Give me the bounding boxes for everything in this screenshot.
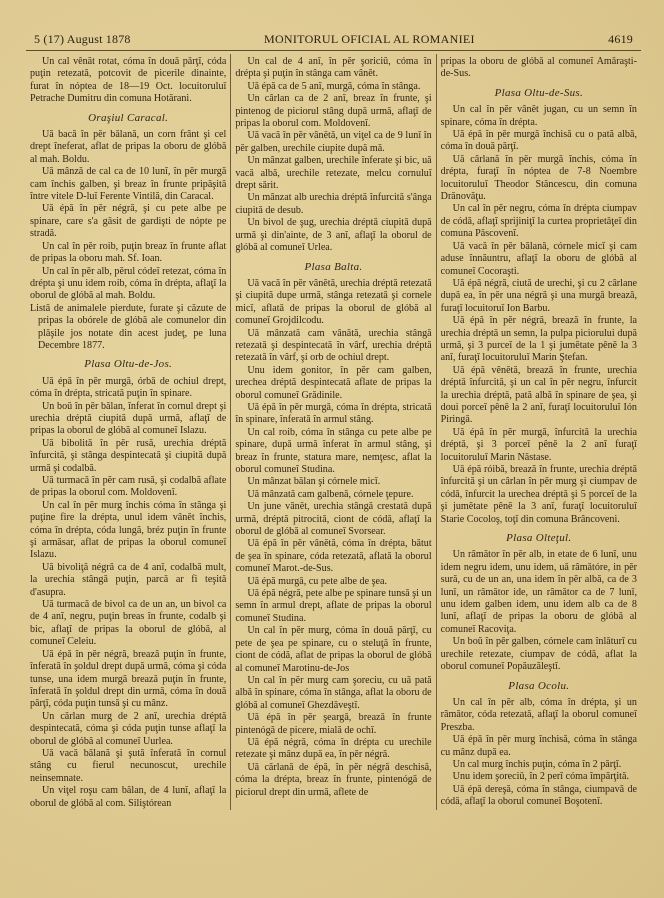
column-3: pripas la oboru de glóbă al comuneĭ Amăr…: [436, 54, 641, 810]
notice-paragraph: Uă cărlană de épă, în pĕr négră deschisă…: [235, 762, 431, 799]
notice-paragraph: Un mânzat alb urechia dréptă înfurcită s…: [235, 192, 431, 217]
notice-paragraph: Un cal în pĕr vânĕt jugan, cu un semn în…: [441, 104, 637, 129]
section-heading: Plasa Olteţul.: [441, 532, 637, 544]
section-heading: Oraşiul Caracal.: [30, 112, 226, 124]
notice-paragraph: Un cal vênăt rotat, cóma în două părţĭ, …: [30, 56, 226, 106]
notice-paragraph: Uă épă în pĕr murgă, înfurcită la urechi…: [441, 427, 637, 464]
notice-paragraph: Un cal de 4 anĭ, în pĕr şoriciŭ, cóma în…: [235, 56, 431, 81]
notice-paragraph: Uă vacă în pĕr bălană, córnele micĭ şi c…: [441, 241, 637, 278]
issue-date: 5 (17) August 1878: [34, 32, 131, 47]
notice-paragraph: Un cal în pĕr murg cam şoreciu, cu uă pa…: [235, 675, 431, 712]
notice-paragraph: Uă épă în pĕr négră, şi cu pete albe pe …: [30, 203, 226, 240]
notice-paragraph: Un cal în pĕr roib, puţin breaz în frunt…: [30, 241, 226, 266]
notice-paragraph: Listă de animalele pierdute, furate şi c…: [30, 303, 226, 353]
notice-paragraph: Uă vacă bălană şi şută înferată în cornu…: [30, 748, 226, 785]
notice-paragraph: Un mânzat galben, urechile înferate şi b…: [235, 155, 431, 192]
notice-paragraph: Un cărlan murg de 2 anĭ, urechia dréptă …: [30, 711, 226, 748]
notice-paragraph: Uă vacă în pĕr vânĕtă, urechia dréptă re…: [235, 278, 431, 328]
notice-paragraph: Uă mânză de cal ca de 10 lunĭ, în pĕr mu…: [30, 166, 226, 203]
newspaper-page: 5 (17) August 1878 MONITORUL OFICIAL AL …: [26, 30, 641, 810]
notice-paragraph: Uă bibolită în pĕr rusă, urechia dréptă …: [30, 438, 226, 475]
notice-paragraph: pripas la oboru de glóbă al comuneĭ Amăr…: [441, 56, 637, 81]
notice-paragraph: Uă épă róibă, brează în frunte, urechia …: [441, 464, 637, 526]
column-2: Un cal de 4 anĭ, în pĕr şoriciŭ, cóma în…: [230, 54, 435, 810]
notice-paragraph: Un boŭ în pĕr galben, córnele cam înlătu…: [441, 636, 637, 673]
notice-paragraph: Uă vacă în pĕr vânĕtă, un viţel ca de 9 …: [235, 130, 431, 155]
notice-paragraph: Uă épă în pĕr négră, brează puţin în fru…: [30, 649, 226, 711]
notice-paragraph: Uă épă négră, ciută de urechi, şi cu 2 c…: [441, 278, 637, 315]
notice-paragraph: Un mânzat bălan şi córnele micĭ.: [235, 476, 431, 488]
notice-paragraph: Uă turmacă de bivol ca de un an, un bivo…: [30, 599, 226, 649]
text-columns: Un cal vênăt rotat, cóma în două părţĭ, …: [26, 54, 641, 810]
notice-paragraph: Uă épă în pĕr murgă închisă cu o pată al…: [441, 129, 637, 154]
notice-paragraph: Uă mânzată cam galbenă, córnele ţepure.: [235, 489, 431, 501]
notice-paragraph: Un cal în pĕr murg, cóma în două părţĭ, …: [235, 625, 431, 675]
notice-paragraph: Uă épă vênĕtă, brează în frunte, urechia…: [441, 365, 637, 427]
masthead: 5 (17) August 1878 MONITORUL OFICIAL AL …: [26, 30, 641, 51]
notice-paragraph: Un cal în pĕr alb, pĕrul códeĭ retezat, …: [30, 266, 226, 303]
notice-paragraph: Un bivol de şug, urechia dréptă ciupită …: [235, 217, 431, 254]
notice-paragraph: Uă épă în pĕr négră, brează în frunte, l…: [441, 315, 637, 365]
notice-paragraph: Uă épă în pĕr murgă, cóma în drépta, str…: [235, 402, 431, 427]
section-heading: Plasa Balta.: [235, 261, 431, 273]
notice-paragraph: Un râmător în pĕr alb, in etate de 6 lun…: [441, 549, 637, 636]
page-number: 4619: [608, 32, 633, 47]
notice-paragraph: Un cal în pĕr murg închis cóma în stânga…: [30, 500, 226, 562]
notice-paragraph: Un june vânĕt, urechia stângă crestată d…: [235, 501, 431, 538]
section-heading: Plasa Ocolu.: [441, 680, 637, 692]
notice-paragraph: Uă épă ca de 5 anĭ, murgă, cóma în stâng…: [235, 81, 431, 93]
section-heading: Plasa Oltu-de-Jos.: [30, 358, 226, 370]
publication-title: MONITORUL OFICIAL AL ROMANIEI: [264, 32, 475, 47]
notice-paragraph: Uă épă în pĕr murg închisă, cóma în stân…: [441, 734, 637, 759]
notice-paragraph: Uă épă négră, pete albe pe spinare tunsă…: [235, 588, 431, 625]
column-1: Un cal vênăt rotat, cóma în două părţĭ, …: [26, 54, 230, 810]
notice-paragraph: Uă cârlană în pĕr murgă închis, cóma în …: [441, 154, 637, 204]
notice-paragraph: Un cal în pĕr negru, cóma în drépta cium…: [441, 203, 637, 240]
notice-paragraph: Un cal în pĕr alb, cóma în drépta, şi un…: [441, 697, 637, 734]
notice-paragraph: Un boŭ în pĕr bălan, înferat în cornul d…: [30, 401, 226, 438]
notice-paragraph: Uă épă négră, cóma în drépta cu urechile…: [235, 737, 431, 762]
notice-paragraph: Uă épă în pĕr şeargă, brează în frunte p…: [235, 712, 431, 737]
notice-paragraph: Un viţel roşu cam bălan, de 4 lunĭ, afla…: [30, 785, 226, 810]
notice-paragraph: Un cal roib, cóma în stânga cu pete albe…: [235, 427, 431, 477]
section-heading: Plasa Oltu-de-Sus.: [441, 87, 637, 99]
notice-paragraph: Uă turmacă în pĕr cam rusă, şi codalbă a…: [30, 475, 226, 500]
notice-paragraph: Unu idem gonitor, în pĕr cam galben, ure…: [235, 365, 431, 402]
notice-paragraph: Uă épă dereşă, cóma în stânga, ciumpavă …: [441, 784, 637, 809]
notice-paragraph: Uă mânzată cam vânătă, urechia stângă re…: [235, 328, 431, 365]
notice-paragraph: Un cal murg închis puţin, cóma în 2 părţ…: [441, 759, 637, 771]
notice-paragraph: Uă épă în pĕr murgă, órbă de ochiul drep…: [30, 376, 226, 401]
notice-paragraph: Uă épă în pĕr vânĕtă, cóma în drépta, bă…: [235, 538, 431, 575]
notice-paragraph: Uă épă murgă, cu pete albe de şea.: [235, 576, 431, 588]
notice-paragraph: Uă bivoliţă négră ca de 4 anĭ, codalbă m…: [30, 562, 226, 599]
notice-paragraph: Uă bacă în pĕr bălană, un corn frânt şi …: [30, 129, 226, 166]
notice-paragraph: Unu idem şoreciŭ, în 2 perĭ cóma împărţi…: [441, 771, 637, 783]
notice-paragraph: Un cârlan ca de 2 anĭ, breaz în frunte, …: [235, 93, 431, 130]
